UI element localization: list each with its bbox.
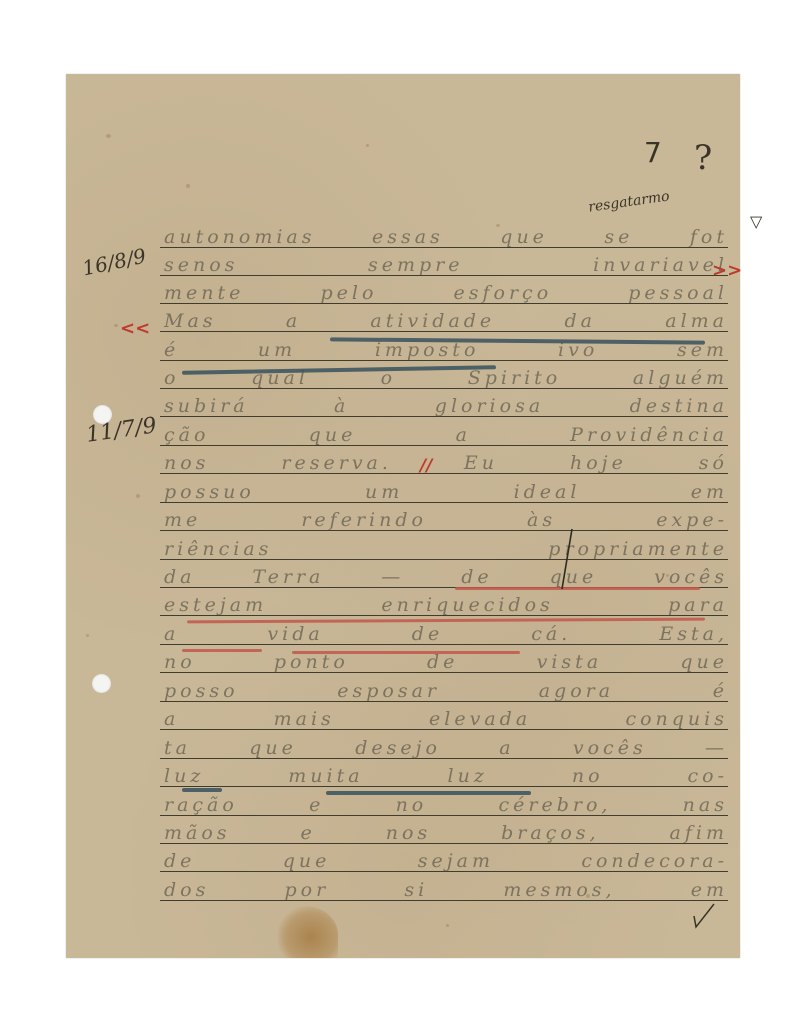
check-mark-icon	[694, 904, 714, 927]
pen-strokes	[66, 74, 740, 958]
vertical-divider-stroke	[562, 529, 572, 589]
manuscript-page: 7 ? resgatarmo ▽ 16/8/9 11/7/9 << >> // …	[66, 74, 740, 958]
down-arrow-icon: ▽	[750, 212, 762, 231]
